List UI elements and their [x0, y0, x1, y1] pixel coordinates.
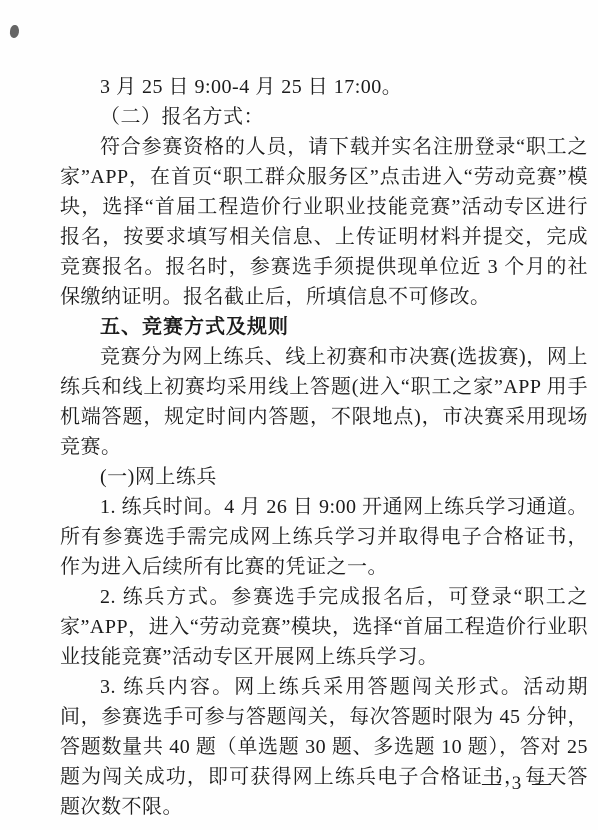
subsection-online-practice: (一)网上练兵 — [60, 462, 588, 492]
practice-content-paragraph: 3. 练兵内容。网上练兵采用答题闯关形式。活动期间，参赛选手可参与答题闯关，每次… — [60, 672, 588, 822]
competition-format-paragraph: 竞赛分为网上练兵、线上初赛和市决赛(选拔赛)，网上练兵和线上初赛均采用线上答题(… — [60, 342, 588, 462]
registration-paragraph: 符合参赛资格的人员，请下载并实名注册登录“职工之家”APP，在首页“职工群众服务… — [60, 132, 588, 312]
document-body: 3 月 25 日 9:00-4 月 25 日 17:00。 （二）报名方式： 符… — [60, 72, 588, 822]
practice-time-paragraph: 1. 练兵时间。4 月 26 日 9:00 开通网上练兵学习通道。所有参赛选手需… — [60, 492, 588, 582]
scanned-document-page: { "document": { "blocks": [ { "name": "t… — [0, 0, 598, 830]
document-sheet: 3 月 25 日 9:00-4 月 25 日 17:00。 （二）报名方式： 符… — [0, 0, 598, 830]
scan-artifact-mark — [9, 24, 20, 38]
subheading-registration-method: （二）报名方式： — [60, 102, 588, 132]
page-number: — 3 — — [482, 773, 554, 795]
time-range-line: 3 月 25 日 9:00-4 月 25 日 17:00。 — [60, 72, 588, 102]
practice-method-paragraph: 2. 练兵方式。参赛选手完成报名后，可登录“职工之家”APP，进入“劳动竞赛”模… — [60, 582, 588, 672]
section5-heading: 五、竞赛方式及规则 — [60, 312, 588, 342]
